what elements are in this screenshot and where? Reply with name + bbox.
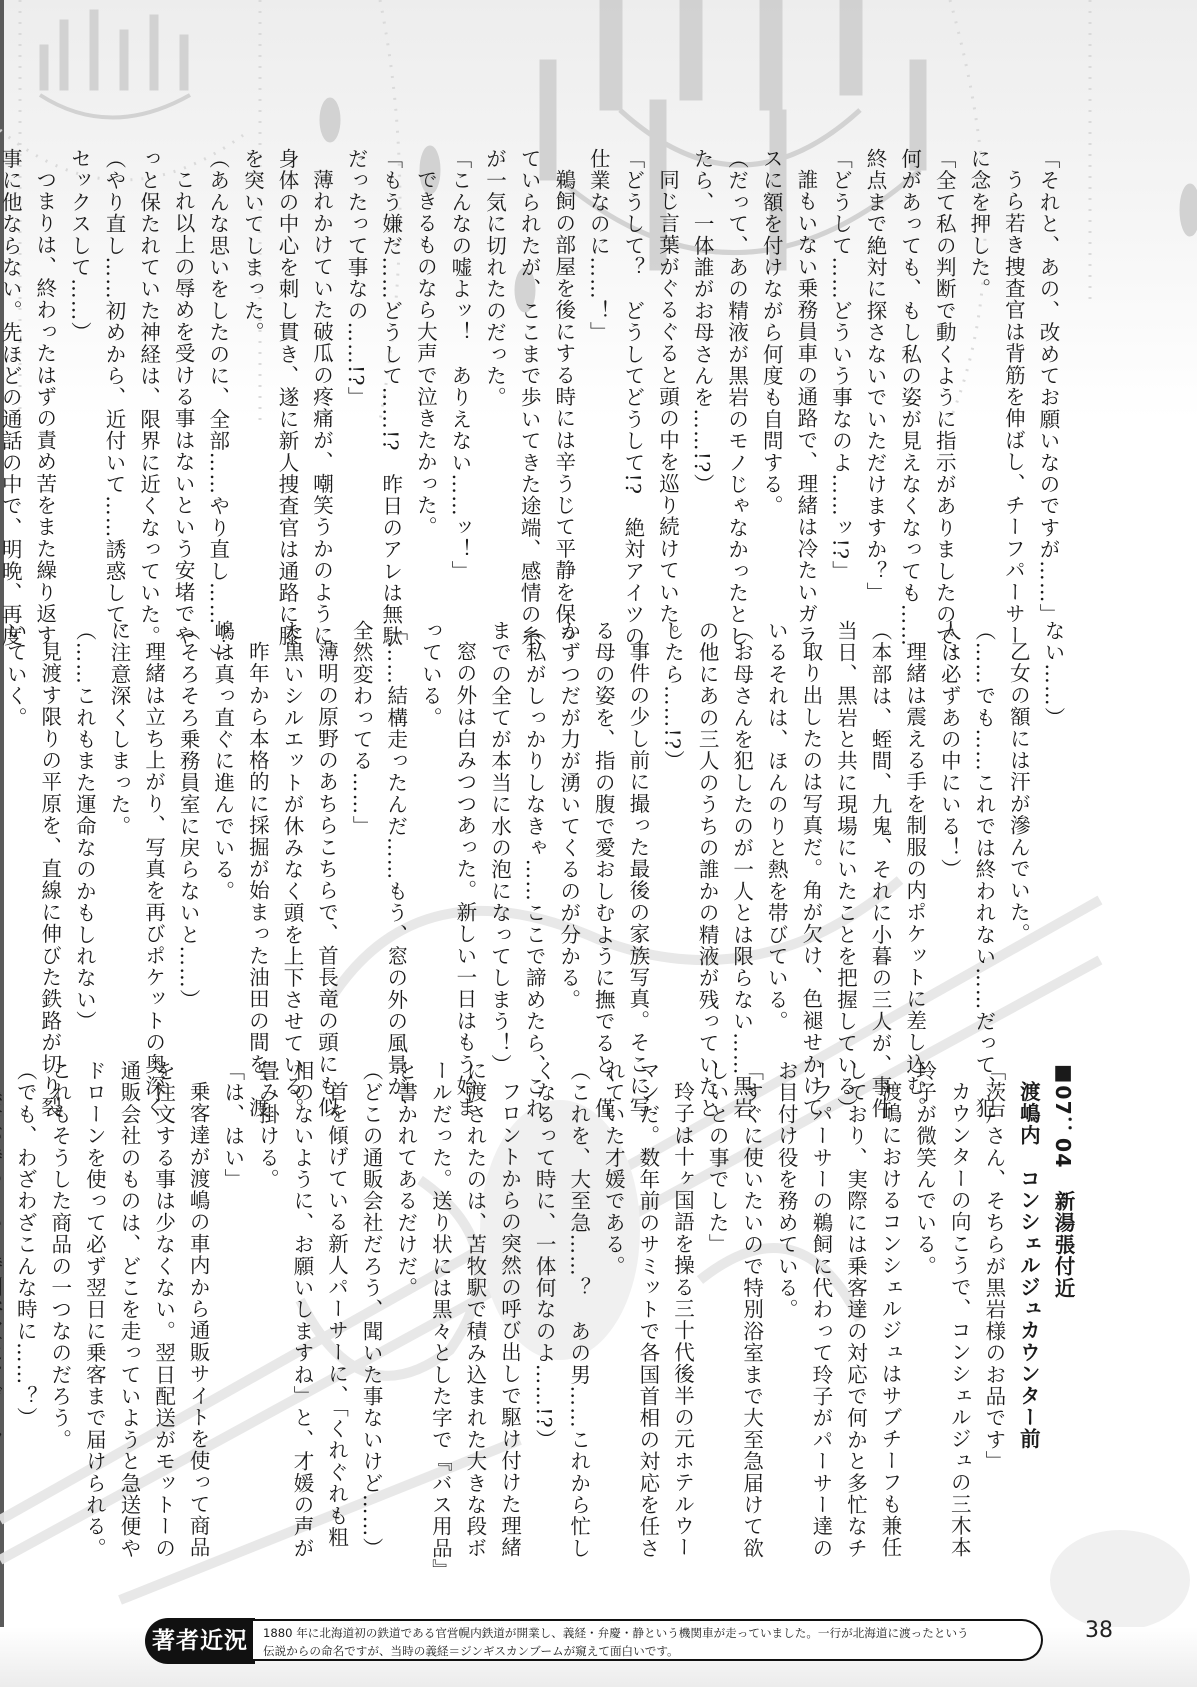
text-column: 見渡す限りの平原を、直線に伸びた鉄路が切り裂	[32, 620, 67, 1030]
text-column: マンだ。数年前のサミットで各国首相の対応を任さ	[630, 1060, 665, 1590]
text-column: （でも、わざわざこんな時に……？）	[8, 1060, 43, 1590]
text-column: （これを、大至急……？ あの男……これから忙し	[561, 1060, 596, 1590]
text-column: に渡されたのは、苫牧駅で積み込まれた大きな段ボ	[457, 1060, 492, 1590]
text-column: （どこの通販会社だろう、聞いた事ないけど……）	[354, 1060, 389, 1590]
text-column: できるものなら大声で泣きたかった。	[408, 148, 443, 598]
text-column: 相のないように、お願いしますね」と、才媛の声が	[284, 1060, 319, 1590]
author-notes-line: 伝説からの命名ですが、当時の義経＝ジンギスカンブームが窺えて面白いです。	[263, 1642, 1041, 1660]
text-column: 畳み掛ける。	[250, 1060, 285, 1590]
text-column: 終点まで絶対に探さないでいただけますか？」	[857, 148, 892, 598]
text-column: た黒いシルエットが休みなく頭を上下させている。	[274, 620, 309, 1030]
text-column: に注意深くしまった。	[101, 620, 136, 1030]
text-column: に念を押した。	[961, 148, 996, 598]
text-column: つまりは、終わったはずの責め苦をまた繰り返す	[27, 148, 62, 598]
text-column: っている。	[413, 620, 448, 1030]
text-column: 身体の中心を刺し貫き、遂に新人捜査官は通路に膝	[269, 148, 304, 598]
text-column: 薄明の原野のあちらこちらで、首長竜の頭にも似	[309, 620, 344, 1030]
text-column: 窓の外は白みつつあった。新しい一日はもう始ま	[447, 620, 482, 1030]
text-column: 事件の少し前に撮った最後の家族写真。そこに写	[620, 620, 655, 1030]
text-column: 何があっても、もし私の姿が見えなくなっても……	[892, 148, 927, 598]
text-column: 「すぐに使いたいので特別浴室まで大至急届けて欲	[734, 1060, 769, 1590]
text-column: （……これもまた運命なのかもしれない）	[67, 620, 102, 1030]
text-column: ーフパーサーの鵜飼に代わって玲子がパーサー達の	[803, 1060, 838, 1590]
text-column: 嶋は真っ直ぐに進んでいる。	[205, 620, 240, 1030]
text-column: いるそれは、ほんのりと熱を帯びている。	[759, 620, 794, 1030]
text-column: お目付け役を務めている。	[769, 1060, 804, 1590]
text-column: いていく。	[0, 620, 32, 1030]
text-column: かずつだが力が湧いてくるのが分かる。	[551, 620, 586, 1030]
text-column: ない……）	[1035, 620, 1070, 1030]
text-column: 同じ言葉がぐるぐると頭の中を巡り続けていた。	[650, 148, 685, 598]
text-column: 「こんなの嘘よッ！ ありえない……ッ！」	[442, 148, 477, 598]
section-heading-place: 渡嶋内 コンシェルジュカウンター前	[1011, 1060, 1046, 1590]
text-column: 「もう嫌だ……どうして……!? 昨日のアレは無駄	[373, 148, 408, 598]
text-column: セックスして……）	[62, 148, 97, 598]
text-column: れていた才媛である。	[596, 1060, 631, 1590]
text-column: の他にあの三人のうちの誰かの精液が残っていたと	[689, 620, 724, 1030]
author-notes-label: 著者近況	[145, 1618, 255, 1664]
author-notes-box: 1880 年に北海道初の鉄道である官営幌内鉄道が開業し、義経・弁慶・静という機関…	[253, 1619, 1043, 1661]
text-column: 「どうして……どういう事なのよ……ッ!?」	[823, 148, 858, 598]
author-notes-line: 1880 年に北海道初の鉄道である官営幌内鉄道が開業し、義経・弁慶・静という機関…	[263, 1624, 1041, 1642]
text-column: が一気に切れたのだった。	[477, 148, 512, 598]
text-column: （……でも……これでは終われない……だって、犯	[966, 620, 1001, 1030]
text-column: 玲子が微笑んでいる。	[907, 1060, 942, 1590]
text-column: （そろそろ乗務員室に戻らないと……）	[171, 620, 206, 1030]
text-column: 全然変わってる……」	[344, 620, 379, 1030]
text-column: 取り出したのは写真だ。角が欠け、色褪せかけて	[793, 620, 828, 1030]
text-column: 昨年から本格的に採掘が始まった油田の間を、渡	[240, 620, 275, 1030]
text-column: （お母さんを犯したのが一人とは限らない……黒岩	[724, 620, 759, 1030]
text-column: までの全てが本当に水の泡になってしまう！）	[482, 620, 517, 1030]
text-column: 通販会社のものは、どこを走っていようと急送便や	[111, 1060, 146, 1590]
text-column: ドローンを使って必ず翌日に乗客まで届けられる。	[77, 1060, 112, 1590]
text-column: 誰もいない乗務員車の通路で、理緒は冷たいガラ	[788, 148, 823, 598]
text-column: 「……結構走ったんだ……もう、窓の外の風景が、	[378, 620, 413, 1030]
text-column: 鵜飼の部屋を後にする時には辛うじて平静を保っ	[546, 148, 581, 598]
text-column: たら、一体誰がお母さんを……!?）	[684, 148, 719, 598]
text-column: フロントからの突然の呼び出しで駆け付けた理緒	[492, 1060, 527, 1590]
text-column: （あんな思いをしたのに、全部……やり直し……？）	[200, 148, 235, 598]
text-column: 「全て私の判断で動くように指示がありましたので、	[927, 148, 962, 598]
text-block-middle: ない……） 乙女の額には汗が滲んでいた。 （……でも……これでは終われない……だ…	[150, 620, 1070, 1030]
text-column: ールだった。送り状には黒々とした字で『バス用品』	[423, 1060, 458, 1590]
text-column: を突いてしまった。	[235, 148, 270, 598]
text-column: 理緒は震える手を制服の内ポケットに差し込む。	[897, 620, 932, 1030]
text-column: うら若き捜査官は背筋を伸ばし、チーフパーサー	[996, 148, 1031, 598]
text-column: を注文する事は少なくない。翌日配送がモットーの	[146, 1060, 181, 1590]
text-column: っと保たれていた神経は、限界に近くなっていた。	[131, 148, 166, 598]
author-notes-footer: 著者近況 1880 年に北海道初の鉄道である官営幌内鉄道が開業し、義経・弁慶・静…	[145, 1618, 1045, 1664]
text-column: 仕業なのに……！」	[581, 148, 616, 598]
text-column: 乙女の額には汗が滲んでいた。	[1001, 620, 1036, 1030]
text-block-upper: 「それと、あの、改めてお願いなのですが……」 うら若き捜査官は背筋を伸ばし、チー…	[150, 148, 1065, 598]
text-column: 理緒は立ち上がり、写真を再びポケットの奥深く	[136, 620, 171, 1030]
text-column: 首を傾げている新人パーサーに、「くれぐれも粗	[319, 1060, 354, 1590]
text-column: しいとの事でした」	[699, 1060, 734, 1590]
text-column: 当日、黒岩と共に現場にいたことを把握している）	[828, 620, 863, 1030]
text-column: カウンターの向こうで、コンシェルジュの三木本	[942, 1060, 977, 1590]
text-column: 「は、はい」	[215, 1060, 250, 1590]
text-column: 乗客達が渡嶋の車内から通販サイトを使って商品	[181, 1060, 216, 1590]
text-column: （だって、あの精液が黒岩のモノじゃなかったとし	[719, 148, 754, 598]
text-column: これもそうした商品の一つなのだろう。	[42, 1060, 77, 1590]
text-column: くなるって時に、一体何なのよ……!?）	[527, 1060, 562, 1590]
text-column: 玲子は十ヶ国語を操る三十代後半の元ホテルウー	[665, 1060, 700, 1590]
text-column: 黒岩が待つという特別浴室は、デラックスイー	[0, 1060, 8, 1590]
text-column: 「それと、あの、改めてお願いなのですが……」	[1030, 148, 1065, 598]
text-column: と書かれてあるだけだ。	[388, 1060, 423, 1590]
text-column: これ以上の辱めを受ける事はないという安堵でや	[166, 148, 201, 598]
text-column: スに額を付けながら何度も自問する。	[754, 148, 789, 598]
text-column: 人は必ずあの中にいる！）	[932, 620, 967, 1030]
text-column: したら……!?）	[655, 620, 690, 1030]
section-heading-time-location: ■07：04 新湯張付近	[1045, 1060, 1080, 1590]
text-column: だったって事なの……!?」	[339, 148, 374, 598]
page-number: 38	[1085, 1618, 1113, 1643]
text-column: （本部は、蛭間、九鬼、それに小暮の三人が、事件	[862, 620, 897, 1030]
text-column: しており、実際には乗客達の対応で何かと多忙なチ	[838, 1060, 873, 1590]
text-column: 「どうして？ どうしてどうして!? 絶対アイツの	[615, 148, 650, 598]
text-column: （私がしっかりしなきゃ……ここで諦めたら、これ	[517, 620, 552, 1030]
text-column: 渡嶋におけるコンシェルジュはサブチーフも兼任	[872, 1060, 907, 1590]
text-block-lower: ■07：04 新湯張付近 渡嶋内 コンシェルジュカウンター前 「茨戸さん、そちら…	[150, 1060, 1080, 1590]
text-column: （やり直し……初めから、近付いて……誘惑して、	[96, 148, 131, 598]
text-column: 薄れかけていた破瓜の疼痛が、嘲笑うかのように	[304, 148, 339, 598]
text-column: る母の姿を、指の腹で愛おしむように撫でると、僅	[586, 620, 621, 1030]
text-column: 「茨戸さん、そちらが黒岩様のお品です」	[976, 1060, 1011, 1590]
text-column: ていられたが、ここまで歩いてきた途端、感情の糸	[512, 148, 547, 598]
text-column: 事に他ならない。先ほどの通話の中で、明晩、再度	[0, 148, 27, 598]
